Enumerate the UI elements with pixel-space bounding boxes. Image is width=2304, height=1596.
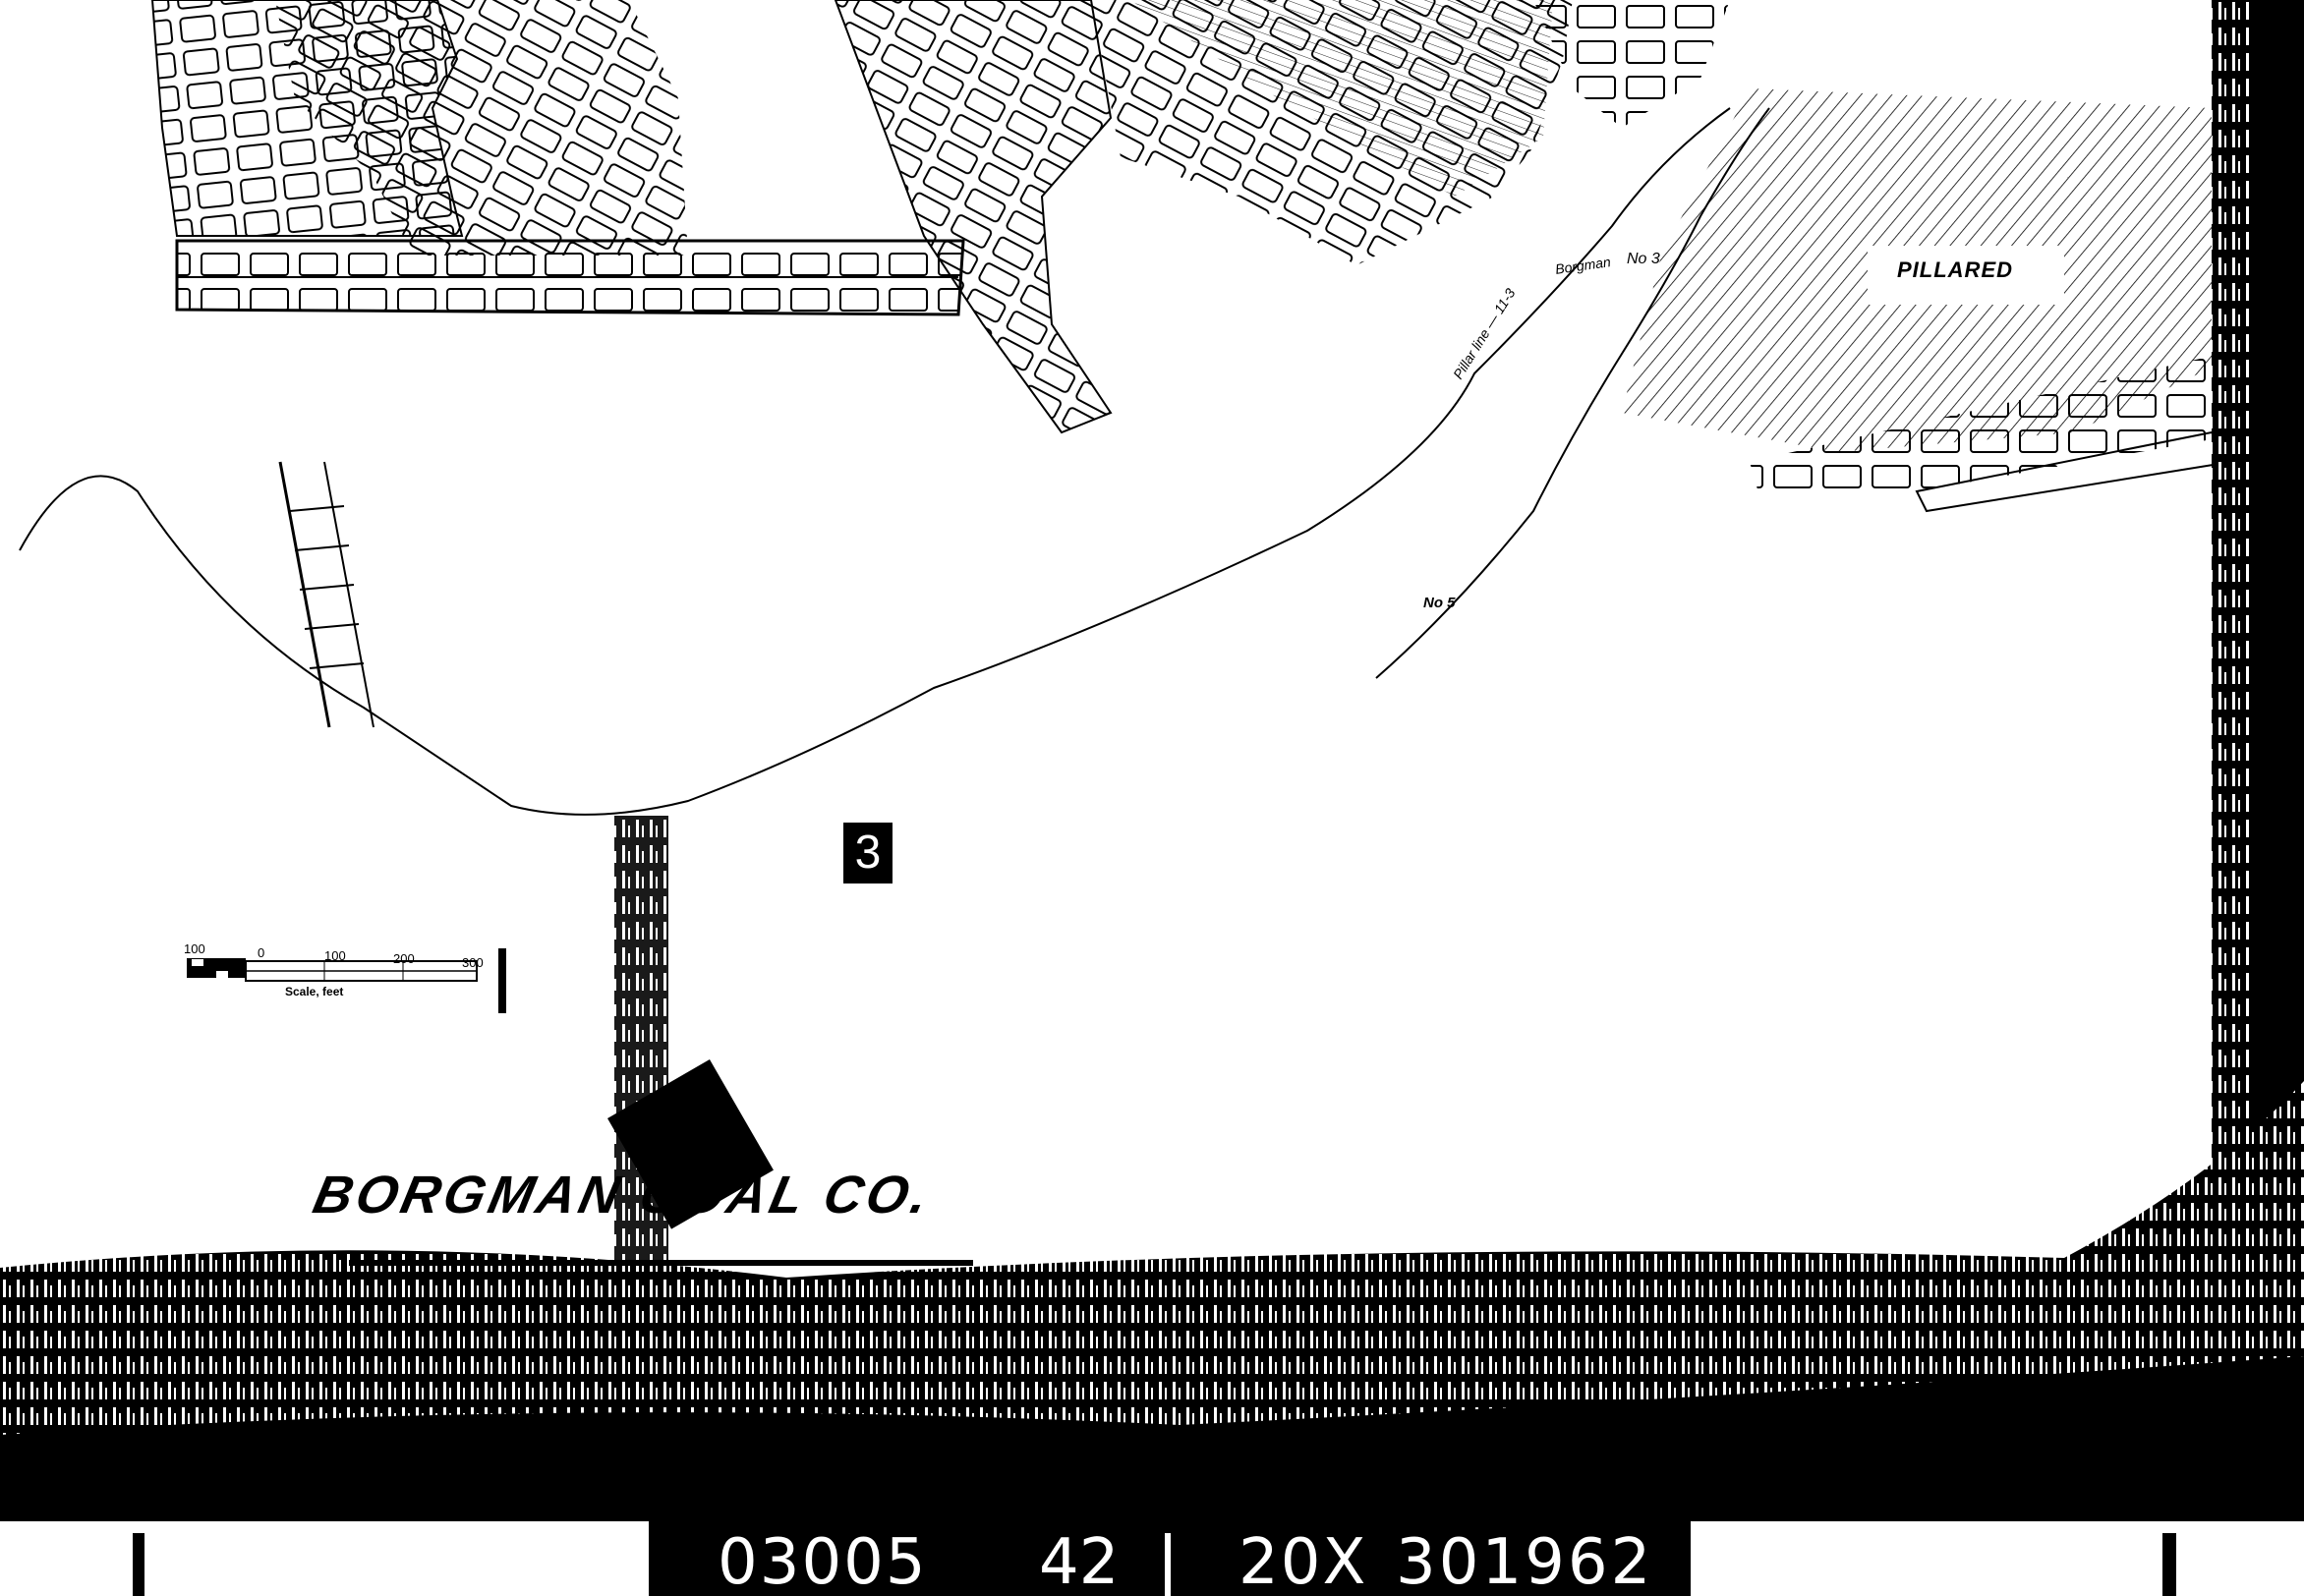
film-code-reduction: 20X — [1238, 1528, 1367, 1596]
scale-tick: 300 — [462, 955, 484, 970]
film-footer-band — [0, 1521, 2304, 1596]
film-code-roll: 03005 — [718, 1528, 928, 1596]
pillared-label: PILLARED — [1897, 257, 2013, 283]
mine-workings-upper-right — [1091, 0, 1730, 265]
scale-tick: 100 — [324, 948, 346, 963]
sheet-number-badge: 3 — [843, 823, 893, 883]
mine-workings-center — [835, 0, 1111, 432]
scale-tick: 200 — [393, 951, 415, 966]
mine-no3-label: No 3 — [1627, 251, 1660, 268]
scale-title: Scale, feet — [285, 985, 343, 998]
mine-map-drawing — [0, 0, 2304, 1596]
scale-tick: 0 — [258, 945, 264, 960]
film-code-id: 301962 — [1396, 1528, 1653, 1596]
company-title: BORGMAN COAL CO. — [308, 1165, 937, 1225]
scale-tick: 100 — [184, 941, 205, 956]
film-code-frame: 42 — [1027, 1528, 1130, 1596]
mine-workings-left — [152, 0, 963, 314]
mine-no5-label: No 5 — [1423, 595, 1456, 611]
scale-bar — [187, 948, 506, 1013]
